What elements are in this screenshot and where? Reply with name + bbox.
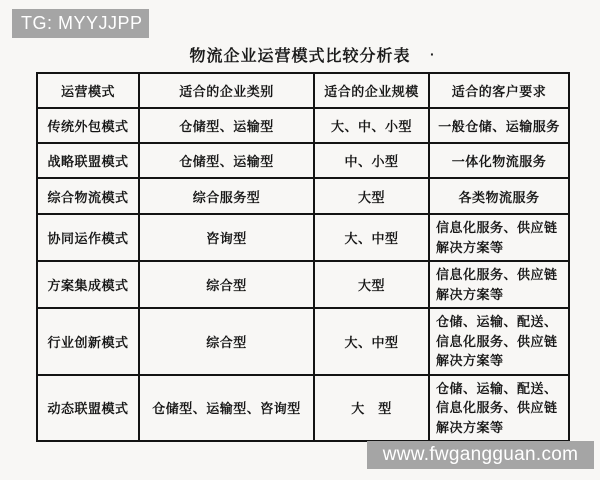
column-header-enterprise-scale: 适合的企业规模 bbox=[314, 73, 429, 108]
table-cell: 仓储、运输、配送、信息化服务、供应链解决方案等 bbox=[429, 308, 569, 375]
table-cell: 信息化服务、供应链解决方案等 bbox=[429, 261, 569, 308]
table-cell: 信息化服务、供应链解决方案等 bbox=[429, 214, 569, 261]
table-cell: 方案集成模式 bbox=[37, 261, 139, 308]
table-cell: 传统外包模式 bbox=[37, 108, 139, 143]
table-cell: 综合服务型 bbox=[139, 178, 314, 214]
column-header-customer-needs: 适合的客户要求 bbox=[429, 73, 569, 108]
table-cell: 大型 bbox=[314, 261, 429, 308]
table-row: 战略联盟模式 仓储型、运输型 中、小型 一体化物流服务 bbox=[37, 143, 569, 178]
title-dot: · bbox=[430, 46, 435, 62]
table-cell: 仓储型、运输型、咨询型 bbox=[139, 375, 314, 442]
table-cell: 中、小型 bbox=[314, 143, 429, 178]
table-cell: 仓储型、运输型 bbox=[139, 143, 314, 178]
comparison-table: 运营模式 适合的企业类别 适合的企业规模 适合的客户要求 传统外包模式 仓储型、… bbox=[36, 72, 570, 442]
table-header-row: 运营模式 适合的企业类别 适合的企业规模 适合的客户要求 bbox=[37, 73, 569, 108]
column-header-mode: 运营模式 bbox=[37, 73, 139, 108]
table-row: 协同运作模式 咨询型 大、中型 信息化服务、供应链解决方案等 bbox=[37, 214, 569, 261]
table-cell: 一般仓储、运输服务 bbox=[429, 108, 569, 143]
table-row: 行业创新模式 综合型 大、中型 仓储、运输、配送、信息化服务、供应链解决方案等 bbox=[37, 308, 569, 375]
page-title: 物流企业运营模式比较分析表 bbox=[0, 43, 600, 66]
telegram-watermark-badge: TG: MYYJJPP bbox=[12, 9, 149, 38]
table-cell: 各类物流服务 bbox=[429, 178, 569, 214]
table-cell: 动态联盟模式 bbox=[37, 375, 139, 442]
website-watermark-badge: www.fwgangguan.com bbox=[367, 441, 594, 469]
table-cell: 综合物流模式 bbox=[37, 178, 139, 214]
table-cell: 咨询型 bbox=[139, 214, 314, 261]
table-cell: 仓储、运输、配送、信息化服务、供应链解决方案等 bbox=[429, 375, 569, 442]
table-row: 综合物流模式 综合服务型 大型 各类物流服务 bbox=[37, 178, 569, 214]
table-cell: 仓储型、运输型 bbox=[139, 108, 314, 143]
table-cell: 大型 bbox=[314, 178, 429, 214]
table-cell: 大、中、小型 bbox=[314, 108, 429, 143]
table-row: 方案集成模式 综合型 大型 信息化服务、供应链解决方案等 bbox=[37, 261, 569, 308]
table-cell: 行业创新模式 bbox=[37, 308, 139, 375]
table-cell: 战略联盟模式 bbox=[37, 143, 139, 178]
column-header-enterprise-type: 适合的企业类别 bbox=[139, 73, 314, 108]
table-cell: 大 型 bbox=[314, 375, 429, 442]
table-cell: 综合型 bbox=[139, 261, 314, 308]
table-cell: 一体化物流服务 bbox=[429, 143, 569, 178]
table-cell: 综合型 bbox=[139, 308, 314, 375]
table-cell: 大、中型 bbox=[314, 308, 429, 375]
table-row: 动态联盟模式 仓储型、运输型、咨询型 大 型 仓储、运输、配送、信息化服务、供应… bbox=[37, 375, 569, 442]
table-cell: 协同运作模式 bbox=[37, 214, 139, 261]
table-row: 传统外包模式 仓储型、运输型 大、中、小型 一般仓储、运输服务 bbox=[37, 108, 569, 143]
table-cell: 大、中型 bbox=[314, 214, 429, 261]
